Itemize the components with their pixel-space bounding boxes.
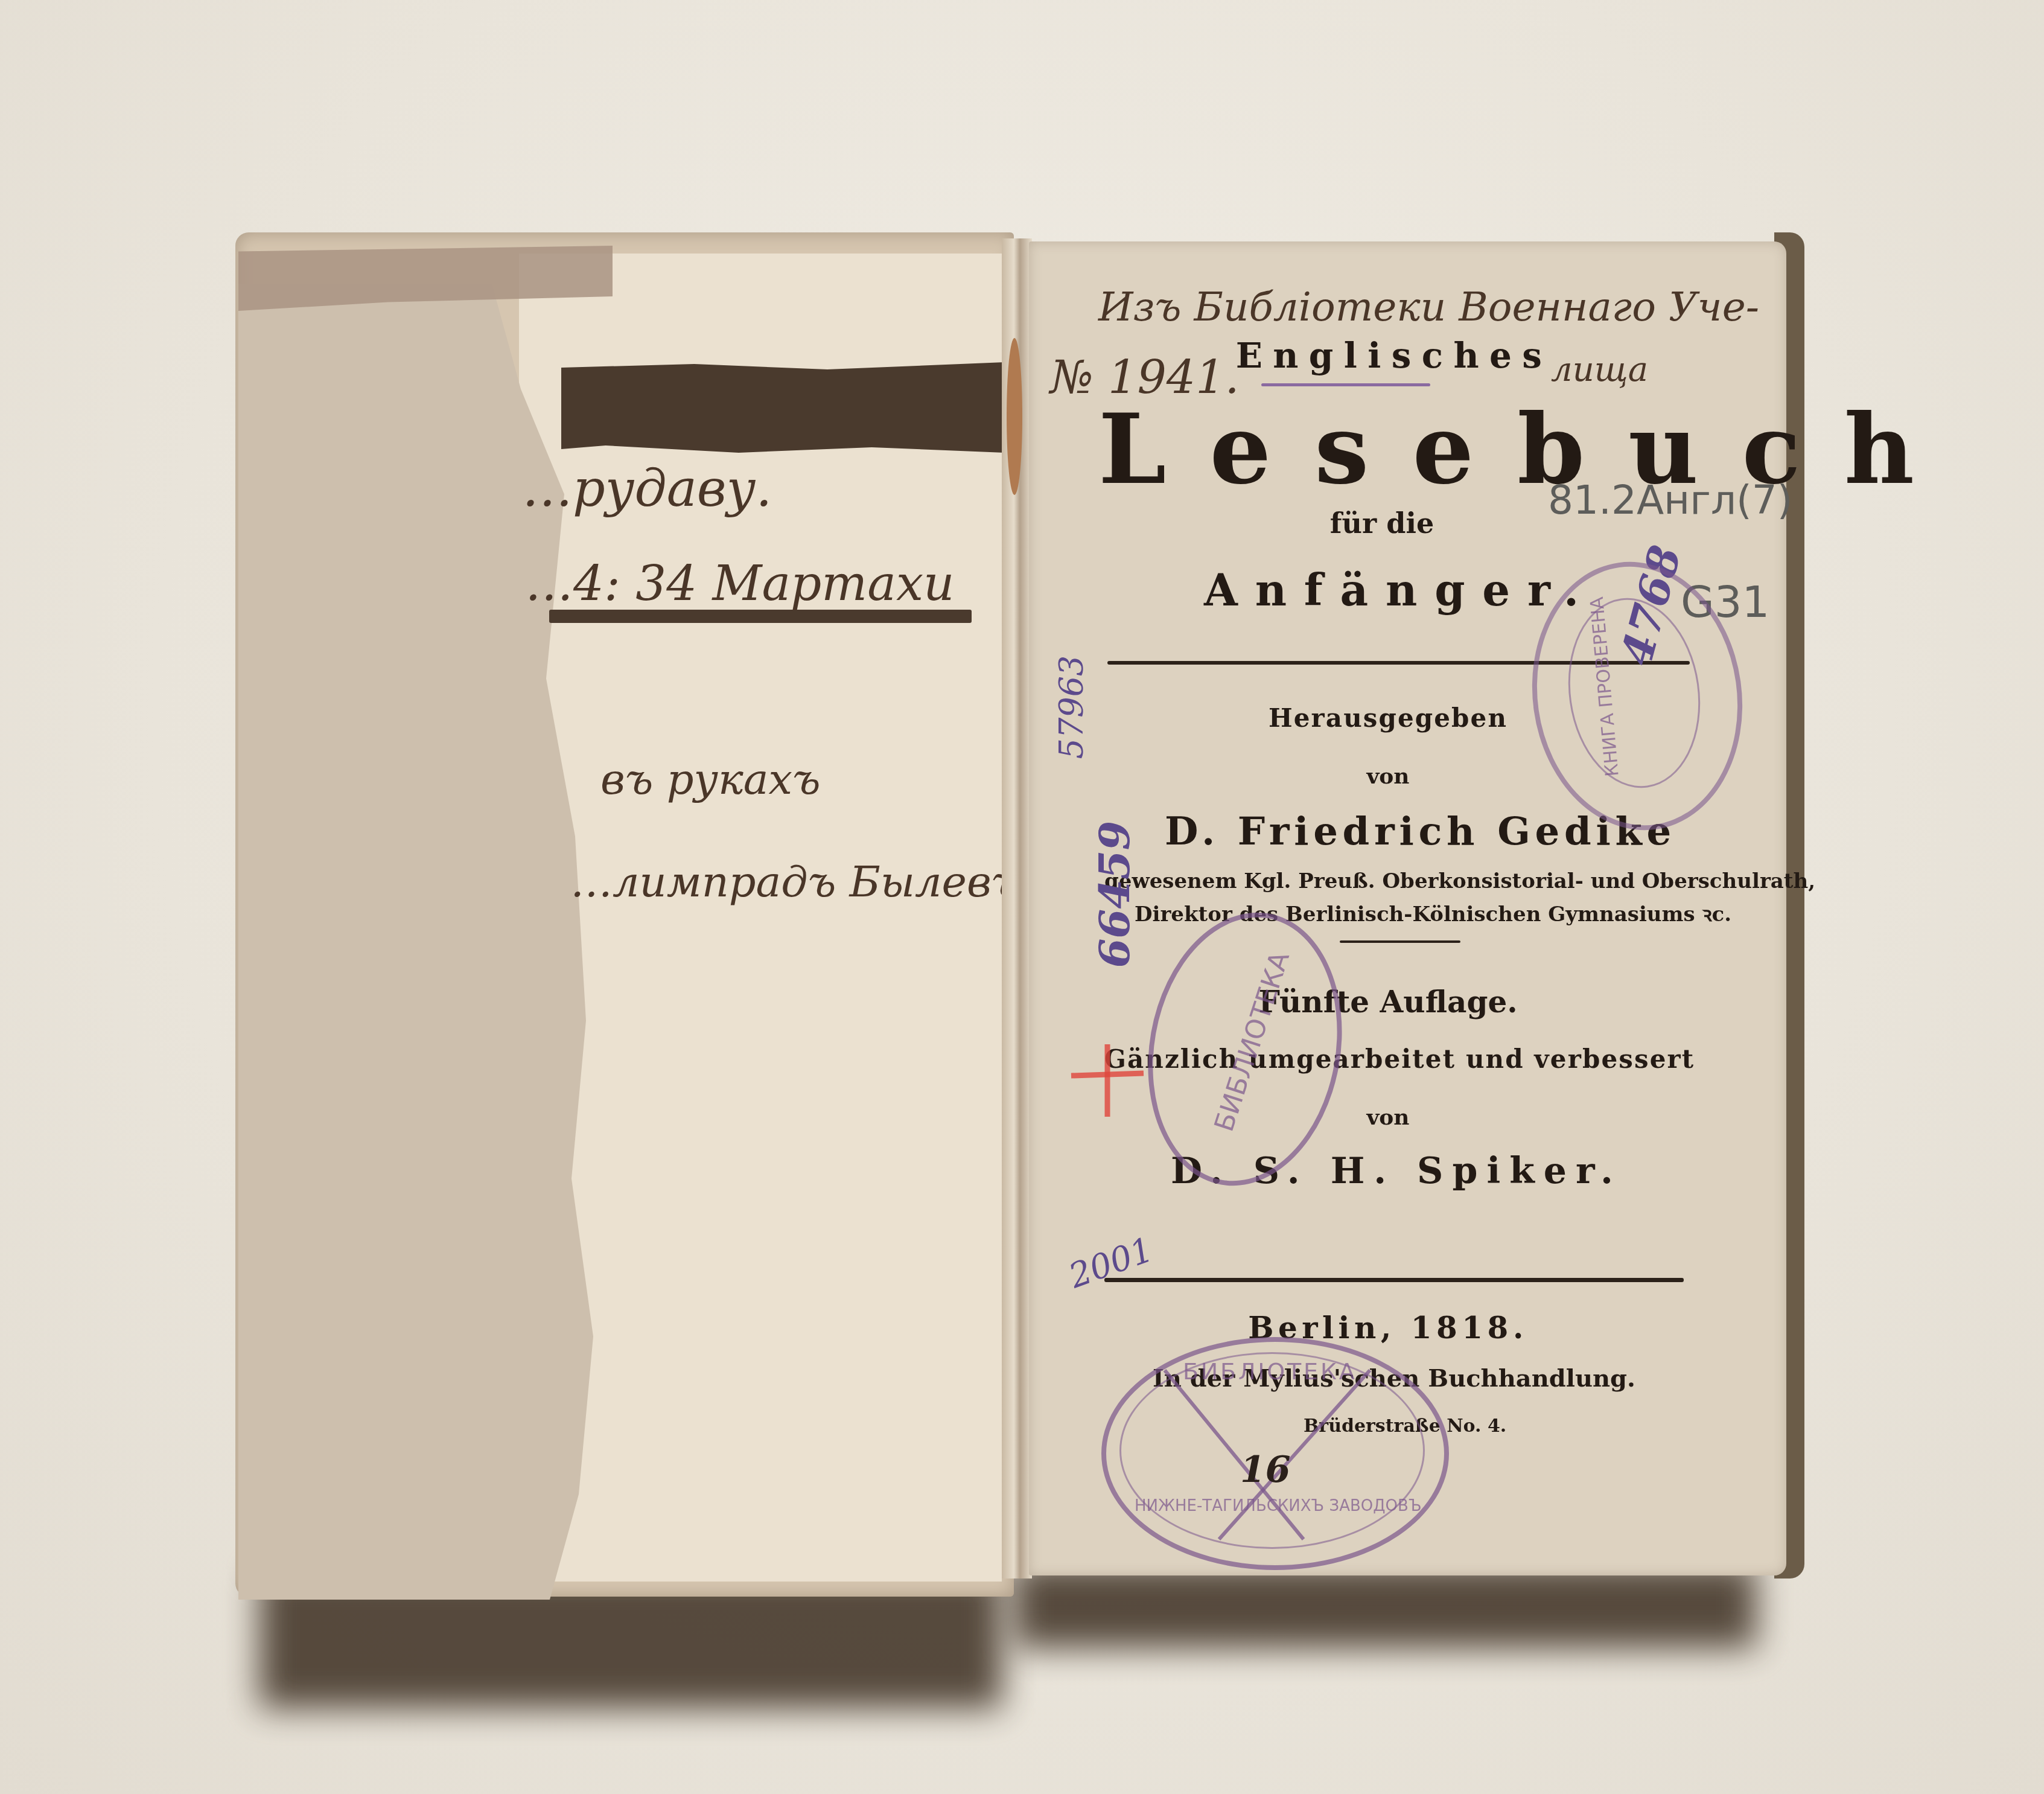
editor-name: D. Friedrich Gedike [1165,809,1623,854]
left-handwriting-line4: …лимпрадъ Былевъ [570,857,1019,907]
spine-tear [1007,338,1022,495]
ink-blot-redaction [561,362,1005,453]
left-handwriting-line3: въ рукахъ [600,755,821,804]
violet-number-57963: 57963 [1052,656,1090,759]
edition-von: von [1340,1105,1436,1130]
title-small: Englisches [1225,335,1563,376]
left-flyleaf-page [519,254,1002,1582]
title-sub2: Anfänger. [1189,564,1611,616]
pencil-call-number: 81.2Англ(7) [1548,477,1793,523]
violet-underline [1261,383,1430,386]
editor-label: Herausgegeben [1267,703,1509,733]
red-cross-mark [1065,1038,1150,1123]
book-shadow-right [1014,1563,1756,1648]
violet-number-66459: 66459 [1089,821,1139,968]
short-rule [1340,940,1460,943]
editor-desc2: Direktor des Berlinisch-Kölnischen Gymna… [1135,899,1666,927]
editor-desc1: gewesenem Kgl. Preuß. Oberkonsistorial- … [1104,869,1696,893]
title-sub1: für die [1279,507,1485,540]
library-inscription-line1: Изъ Библіотеки Военнаго Уче- [1098,284,1759,330]
handwritten-underline [549,610,972,623]
imprint-rule [1104,1278,1684,1282]
library-inscription-line2: лища [1551,350,1648,389]
editor-von: von [1340,764,1436,789]
stamp-handwritten-number: 16 [1240,1449,1291,1491]
left-handwriting-line2: …4: 34 Мартахи [525,555,955,611]
left-handwriting-line1: …рудаву. [522,459,772,518]
